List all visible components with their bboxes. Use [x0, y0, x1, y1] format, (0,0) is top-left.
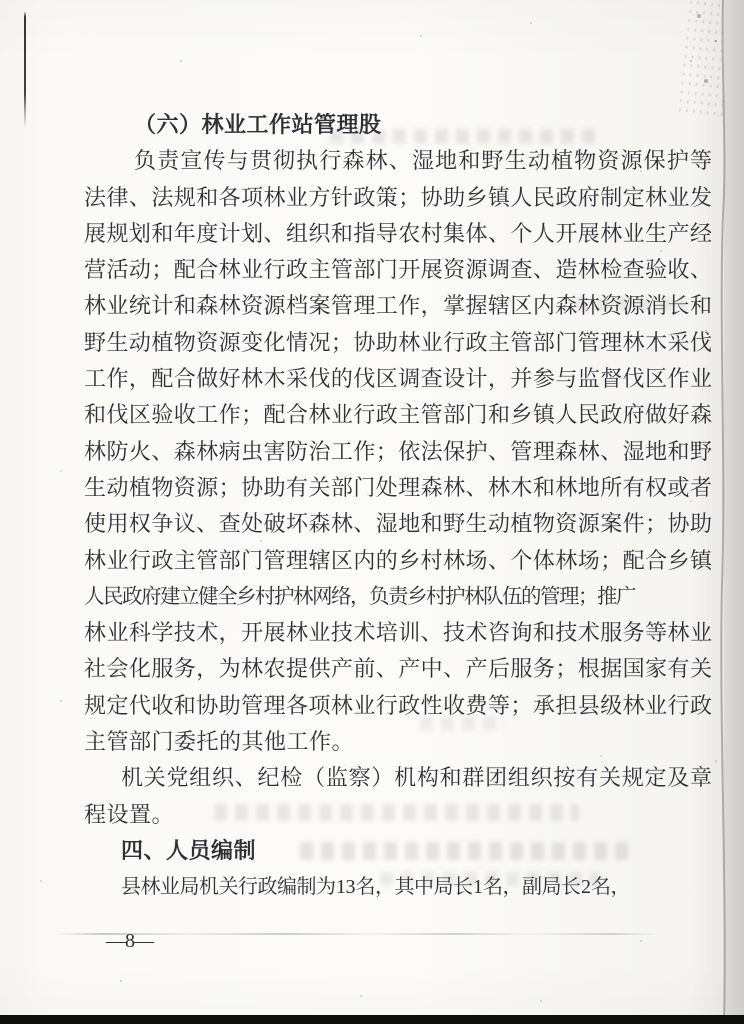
page-edge-band — [724, 0, 744, 1024]
scan-artifact-vertical-line — [24, 12, 26, 128]
text-line: 规定代收和协助管理各项林业行政性收费等；承担县级林业行政 — [84, 688, 712, 724]
page-number: —8— — [106, 930, 153, 953]
bleed-through-smudge — [330, 129, 600, 144]
text-line: 生动植物资源；协助有关部门处理森林、林木和林地所有权或者 — [84, 470, 712, 506]
bleed-through-smudge — [214, 804, 579, 821]
document-text-block: （六）林业工作站管理股负责宣传与贯彻执行森林、湿地和野生动植物资源保护等法律、法… — [84, 107, 712, 906]
text-line: 展规划和年度计划、组织和指导农村集体、个人开展林业生产经 — [84, 216, 712, 252]
text-line: 营活动；配合林业行政主管部门开展资源调查、造林检查验收、 — [84, 252, 712, 288]
text-line: 工作，配合做好林木采伐的伐区调查设计，并参与监督伐区作业 — [84, 361, 712, 397]
text-line: 主管部门委托的其他工作。 — [84, 724, 712, 760]
text-line: 负责宣传与贯彻执行森林、湿地和野生动植物资源保护等 — [84, 143, 712, 179]
text-line: 林业行政主管部门管理辖区内的乡村林场、个体林场；配合乡镇 — [84, 543, 712, 579]
bleed-through-smudge — [575, 297, 685, 311]
text-line: 机关党组织、纪检（监察）机构和群团组织按有关规定及章 — [84, 760, 712, 796]
text-line: 法律、法规和各项林业方针政策；协助乡镇人民政府制定林业发 — [84, 180, 712, 216]
bleed-through-smudge — [420, 716, 505, 730]
scanned-document-page: （六）林业工作站管理股负责宣传与贯彻执行森林、湿地和野生动植物资源保护等法律、法… — [0, 0, 744, 1024]
text-line: 和伐区验收工作；配合林业行政主管部门和乡镇人民政府做好森 — [84, 397, 712, 433]
text-line: 社会化服务，为林农提供产前、产中、产后服务；根据国家有关 — [84, 651, 712, 687]
scan-edge-strip — [0, 1015, 744, 1024]
text-line: 林防火、森林病虫害防治工作；依法保护、管理森林、湿地和野 — [84, 434, 712, 470]
text-line: 使用权争议、查处破坏森林、湿地和野生动植物资源案件；协助 — [84, 506, 712, 542]
bleed-through-smudge — [300, 842, 635, 860]
text-line: 野生动植物资源变化情况；协助林业行政主管部门管理林木采伐 — [84, 325, 712, 361]
text-line: 林业科学技术，开展林业技术培训、技术咨询和技术服务等林业 — [84, 615, 712, 651]
bleed-through-smudge — [380, 872, 600, 886]
text-line: 人民政府建立健全乡村护林网络，负责乡村护林队伍的管理；推广 — [84, 579, 712, 615]
